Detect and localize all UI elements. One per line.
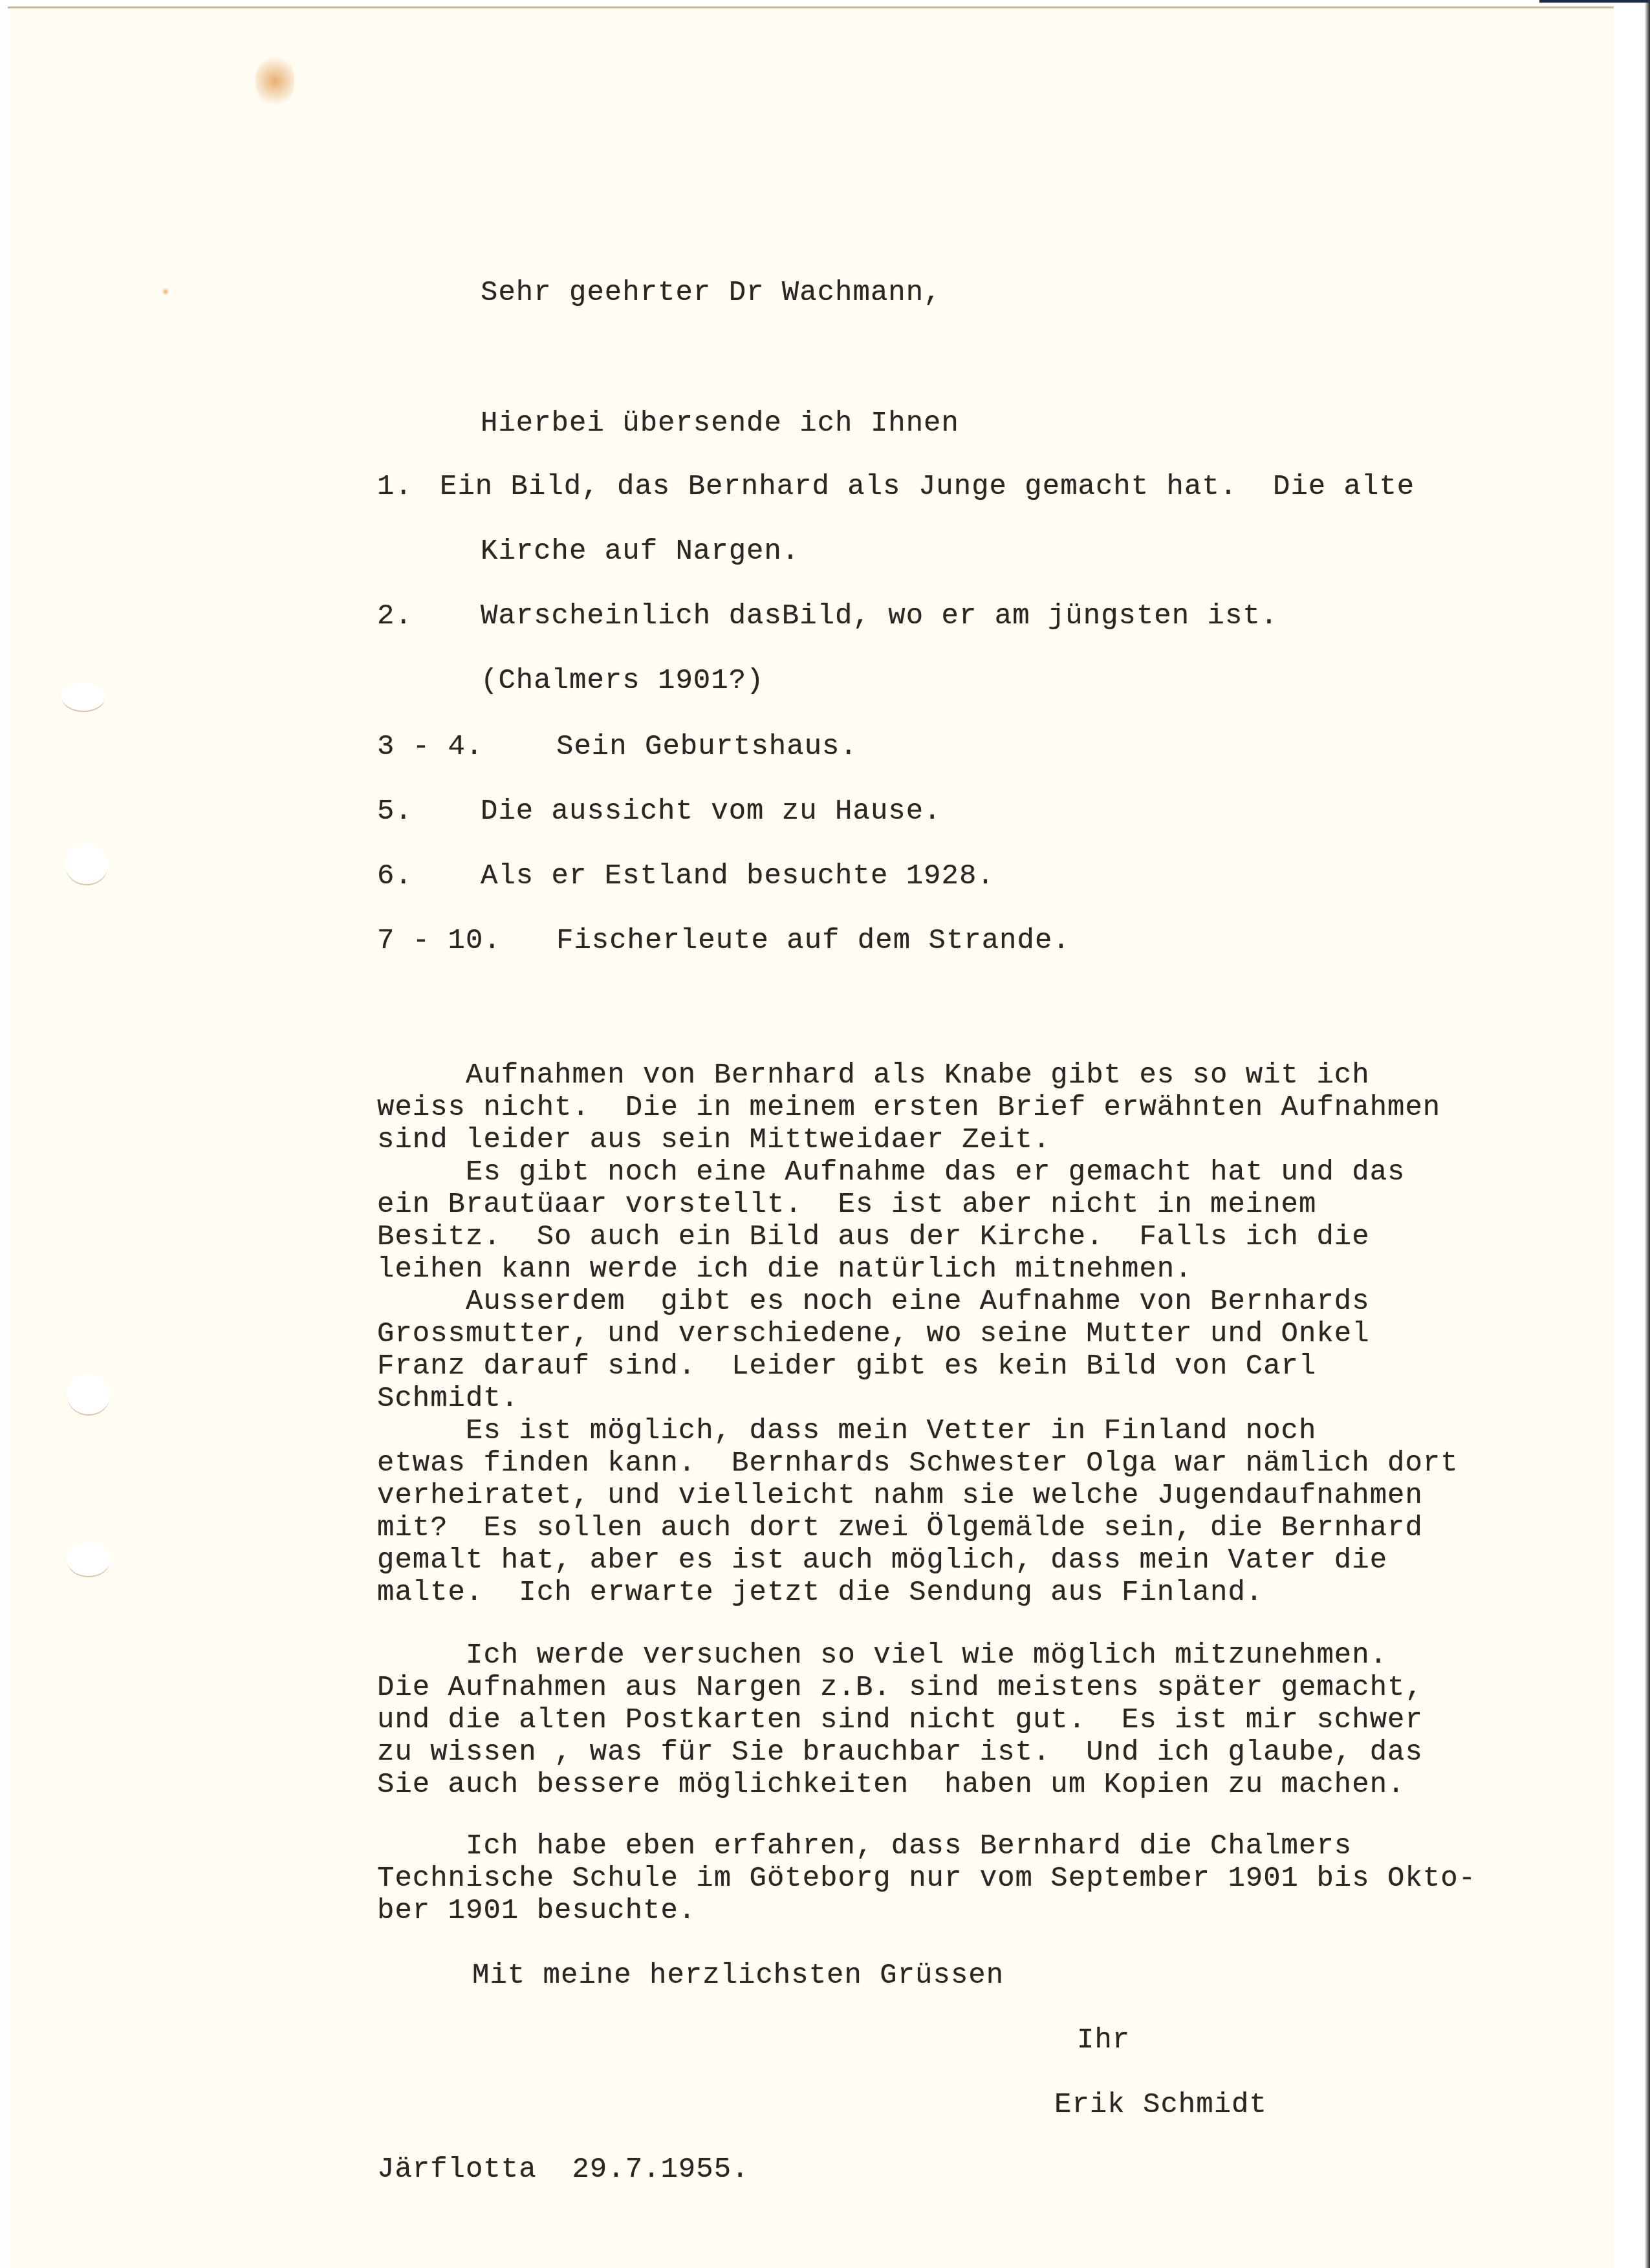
body-line: ber 1901 besuchte. (377, 1895, 1606, 1927)
enclosure-description: Ein Bild, das Bernhard als Junge gemacht… (440, 471, 1415, 503)
body-paragraph: Aufnahmen von Bernhard als Knabe gibt es… (377, 1059, 1606, 1609)
body-line: Franz darauf sind. Leider gibt es kein B… (377, 1350, 1606, 1383)
rust-stain (255, 52, 294, 110)
body-line: Ausserdem gibt es noch eine Aufnahme von… (377, 1286, 1606, 1318)
enclosure-number: 6. (377, 860, 413, 892)
place-date: Järflotta 29.7.1955. (377, 2154, 750, 2186)
signoff: Ihr (1077, 2024, 1130, 2057)
body-paragraph: Ich werde versuchen so viel wie möglich … (377, 1639, 1606, 1801)
punch-hole (67, 1374, 111, 1414)
enclosure-description: Warscheinlich dasBild, wo er am jüngsten… (481, 600, 1278, 632)
body-line: Ich habe eben erfahren, dass Bernhard di… (377, 1830, 1606, 1863)
enclosure-number: 2. (377, 600, 413, 632)
body-line: Sie auch bessere möglichkeiten haben um … (377, 1769, 1606, 1801)
salutation: Sehr geehrter Dr Wachmann, (481, 277, 942, 309)
body-line: Schmidt. (377, 1383, 1606, 1415)
enclosure-number: 7 - 10. (377, 925, 501, 957)
scanner-edge (1645, 0, 1650, 2268)
body-line: und die alten Postkarten sind nicht gut.… (377, 1704, 1606, 1736)
body-line: gemalt hat, aber es ist auch möglich, da… (377, 1544, 1606, 1577)
enclosure-number: 5. (377, 795, 413, 828)
enclosure-number: 1. (377, 471, 413, 503)
enclosure-description: (Chalmers 1901?) (481, 665, 764, 697)
signature: Erik Schmidt (1054, 2089, 1267, 2121)
enclosure-number: 3 - 4. (377, 731, 483, 763)
intro-line: Hierbei übersende ich Ihnen (481, 407, 959, 440)
enclosure-description: Sein Geburtshaus. (556, 731, 858, 763)
body-line: verheiratet, und vielleicht nahm sie wel… (377, 1480, 1606, 1512)
body-line: malte. Ich erwarte jetzt die Sendung aus… (377, 1577, 1606, 1609)
scanner-top-edge (1539, 0, 1650, 3)
body-line: Es gibt noch eine Aufnahme das er gemach… (377, 1156, 1606, 1189)
body-paragraph: Ich habe eben erfahren, dass Bernhard di… (377, 1830, 1606, 1927)
body-line: Ich werde versuchen so viel wie möglich … (377, 1639, 1606, 1672)
body-line: mit? Es sollen auch dort zwei Ölgemälde … (377, 1512, 1606, 1544)
body-line: leihen kann werde ich die natürlich mitn… (377, 1253, 1606, 1286)
body-line: Aufnahmen von Bernhard als Knabe gibt es… (377, 1059, 1606, 1092)
punch-hole (61, 682, 105, 711)
body-line: Besitz. So auch ein Bild aus der Kirche.… (377, 1221, 1606, 1253)
body-line: sind leider aus sein Mittweidaer Zeit. (377, 1124, 1606, 1156)
body-line: etwas finden kann. Bernhards Schwester O… (377, 1447, 1606, 1480)
punch-hole (67, 1542, 111, 1576)
body-line: Technische Schule im Göteborg nur vom Se… (377, 1863, 1606, 1895)
body-line: Grossmutter, und verschiedene, wo seine … (377, 1318, 1606, 1350)
closing: Mit meine herzlichsten Grüssen (472, 1960, 1004, 1992)
enclosure-description: Fischerleute auf dem Strande. (556, 925, 1070, 957)
rust-spot (162, 288, 169, 296)
body-line: ein Brautüaar vorstellt. Es ist aber nic… (377, 1189, 1606, 1221)
punch-hole (65, 844, 109, 884)
body-line: Es ist möglich, dass mein Vetter in Finl… (377, 1415, 1606, 1447)
body-line: Die Aufnahmen aus Nargen z.B. sind meist… (377, 1672, 1606, 1704)
enclosure-description: Die aussicht vom zu Hause. (481, 795, 942, 828)
body-line: zu wissen , was für Sie brauchbar ist. U… (377, 1736, 1606, 1769)
enclosure-description: Kirche auf Nargen. (481, 535, 799, 568)
body-line: weiss nicht. Die in meinem ersten Brief … (377, 1092, 1606, 1124)
enclosure-description: Als er Estland besuchte 1928. (481, 860, 995, 892)
